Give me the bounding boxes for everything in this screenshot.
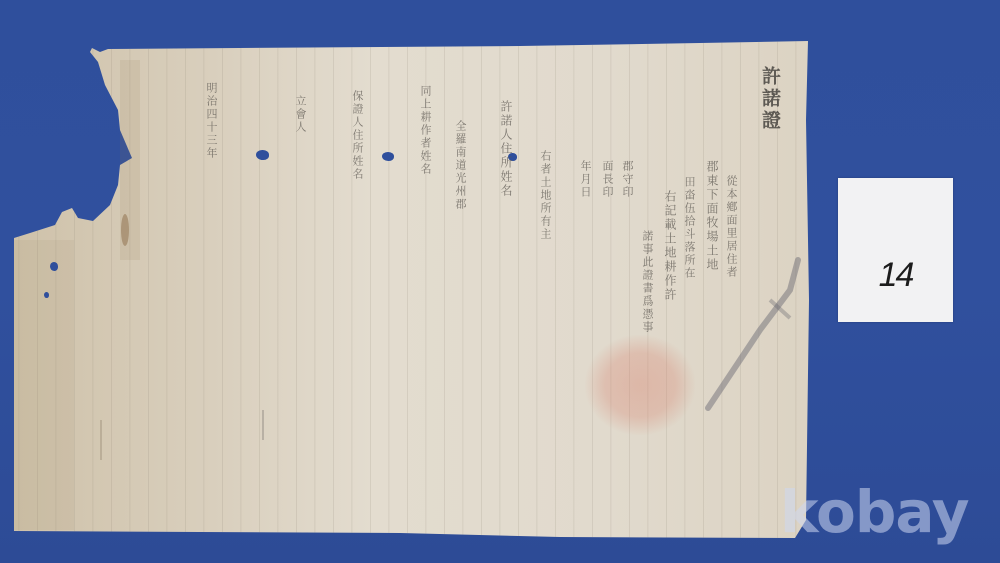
document-title: 許諾證 <box>757 66 784 132</box>
text-column: 全羅南道光州郡 <box>455 120 466 211</box>
worm-hole <box>256 150 269 160</box>
text-column: 右者土地所有主 <box>540 150 551 241</box>
text-column: 明治四十三年 <box>206 82 217 160</box>
lot-number-card: 14 <box>838 178 953 322</box>
worm-hole <box>50 262 58 271</box>
red-seal-stamp <box>585 335 695 435</box>
text-column: 右記載土地耕作許 <box>664 190 676 302</box>
watermark-logo: kobay <box>780 483 969 541</box>
text-column: 立會人 <box>295 95 306 134</box>
text-column: 年月日 <box>580 160 591 199</box>
text-column: 郡守印 <box>622 160 633 199</box>
text-column: 郡東下面牧場土地 <box>706 160 718 272</box>
worm-hole <box>382 152 394 161</box>
text-column: 諾事此證書爲憑事 <box>642 230 653 334</box>
text-column: 面長印 <box>602 160 613 199</box>
lot-number: 14 <box>838 256 953 295</box>
text-column: 田畓伍拾斗落所在 <box>684 176 695 280</box>
text-column: 同上耕作者姓名 <box>420 85 431 176</box>
worm-hole <box>44 292 49 298</box>
photo-scene: 許諾證 從本鄕面里居住者 郡東下面牧場土地 田畓伍拾斗落所在 右記載土地耕作許 … <box>0 0 1000 563</box>
text-column: 從本鄕面里居住者 <box>726 175 737 279</box>
text-column: 保證人住所姓名 <box>352 90 363 181</box>
text-column: 許諾人住所姓名 <box>500 100 512 198</box>
